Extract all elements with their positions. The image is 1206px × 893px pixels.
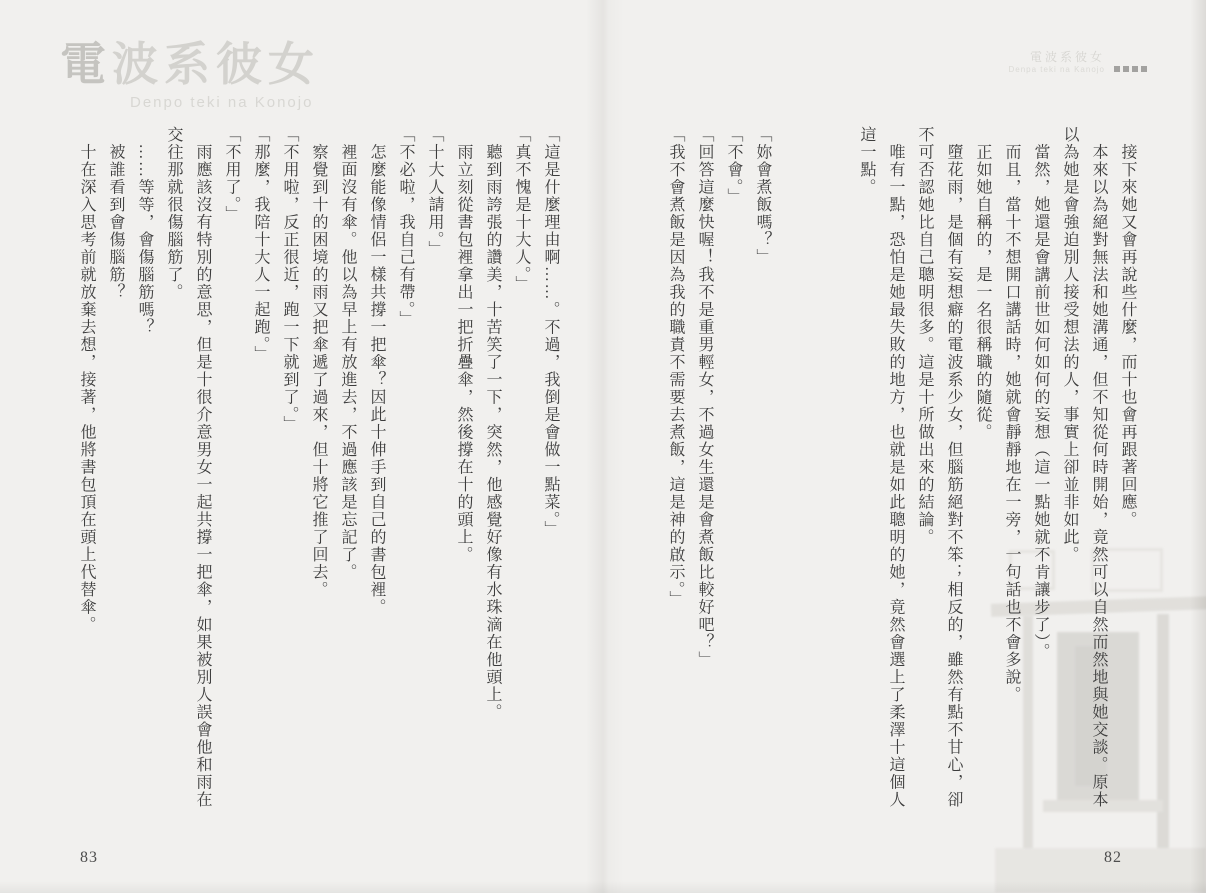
dialogue-line: 「十大人請用。」 (420, 126, 449, 818)
narrative-paragraph: 本來以為絕對無法和她溝通，但不知從何時開始，竟然可以自然而然地與她交談。原本以為… (1055, 126, 1113, 818)
narrative-paragraph: 雨應該沒有特別的意思，但是十很介意男女一起共撐一把傘，如果被別人誤會他和雨在交往… (159, 126, 217, 818)
ghost-pillar (1157, 614, 1169, 886)
logo-title-first-char: 電 (60, 39, 112, 90)
narrative-paragraph: 正如她自稱的，是一名很稱職的隨從。 (968, 126, 997, 818)
narrative-paragraph: 接下來她又會再說些什麼，而十也會再跟著回應。 (1113, 126, 1142, 818)
page-number-right: 82 (1104, 849, 1122, 867)
narrative-paragraph: 而且，當十不想開口講話時，她就會靜靜地在一旁，一句話也不會多說。 (997, 126, 1026, 818)
page-number-left: 83 (80, 849, 98, 867)
decor-squares (1114, 66, 1147, 74)
dialogue-line: 「不用啦，反正很近，跑一下就到了。」 (275, 126, 304, 818)
dialogue-line: 「那麼，我陪十大人一起跑。」 (246, 126, 275, 818)
narrative-paragraph: 聽到雨誇張的讚美，十苦笑了一下，突然，他感覺好像有水珠滴在他頭上。 (478, 126, 507, 818)
running-header: 電波系彼女 Denpa teki na Kanojo (1009, 48, 1148, 74)
decor-square-icon (1123, 66, 1129, 72)
narrative-paragraph: 怎麼能像情侶一樣共撐一把傘？因此十伸手到自己的書包裡。 (362, 126, 391, 818)
scene-break-gap (777, 126, 852, 818)
narrative-paragraph: 當然，她還是會講前世如何如何的妄想（這一點她就不肯讓步了）。 (1026, 126, 1055, 818)
ghost-ground (995, 848, 1206, 893)
book-logo: 電波系彼女 Denpo teki na Konojo (60, 28, 320, 111)
decor-square-icon (1114, 66, 1120, 72)
running-header-text: 電波系彼女 Denpa teki na Kanojo (1009, 48, 1106, 74)
dialogue-line: 「不會。」 (719, 126, 748, 818)
narrative-paragraph: 唯有一點，恐怕是她最失敗的地方，也就是如此聰明的她，竟然會選上了柔澤十這個人這一… (852, 126, 910, 818)
narrative-paragraph: 察覺到十的困境的雨又把傘遞了過來，但十將它推了回去。 (304, 126, 333, 818)
running-header-romaji: Denpa teki na Kanojo (1009, 65, 1106, 74)
dialogue-line: 「真不愧是十大人。」 (507, 126, 536, 818)
narrative-paragraph: ……等等，會傷腦筋嗎？ (130, 126, 159, 818)
dialogue-line: 「不必啦，我自己有帶。」 (391, 126, 420, 818)
dialogue-line: 「妳會煮飯嗎？」 (748, 126, 777, 818)
dialogue-line: 「回答這麼快喔！我不是重男輕女，不過女生還是會煮飯比較好吧？」 (690, 126, 719, 818)
decor-square-icon (1132, 66, 1138, 72)
running-header-title: 電波系彼女 (1009, 48, 1106, 65)
narrative-paragraph: 雨立刻從書包裡拿出一把折疊傘，然後撐在十的頭上。 (449, 126, 478, 818)
narrative-paragraph: 墮花雨，是個有妄想癖的電波系少女，但腦筋絕對不笨；相反的，雖然有點不甘心，卻不可… (910, 126, 968, 818)
page-83-text-block: 「這是什麼理由啊……。不過，我倒是會做一點菜。」 「真不愧是十大人。」 聽到雨誇… (60, 126, 565, 818)
narrative-paragraph: 十在深入思考前就放棄去想，接著，他將書包頂在頭上代替傘。 (72, 126, 101, 818)
logo-romaji: Denpo teki na Konojo (130, 94, 320, 111)
narrative-paragraph: 被誰看到會傷腦筋？ (101, 126, 130, 818)
page-82-text-block: 接下來她又會再說些什麼，而十也會再跟著回應。 本來以為絕對無法和她溝通，但不知從… (650, 126, 1142, 818)
dialogue-line: 「不用了。」 (217, 126, 246, 818)
decor-square-icon (1141, 66, 1147, 72)
book-spread: 電波系彼女 Denpo teki na Konojo 電波系彼女 Denpa t… (0, 0, 1206, 893)
dialogue-line: 「這是什麼理由啊……。不過，我倒是會做一點菜。」 (536, 126, 565, 818)
logo-title-rest: 波系彼女 (112, 39, 320, 90)
narrative-paragraph: 裡面沒有傘。他以為早上有放進去，不過應該是忘記了。 (333, 126, 362, 818)
logo-title: 電波系彼女 (60, 28, 320, 94)
dialogue-line: 「我不會煮飯是因為我的職責不需要去煮飯，這是神的啟示。」 (661, 126, 690, 818)
center-gutter-shadow (586, 0, 624, 893)
